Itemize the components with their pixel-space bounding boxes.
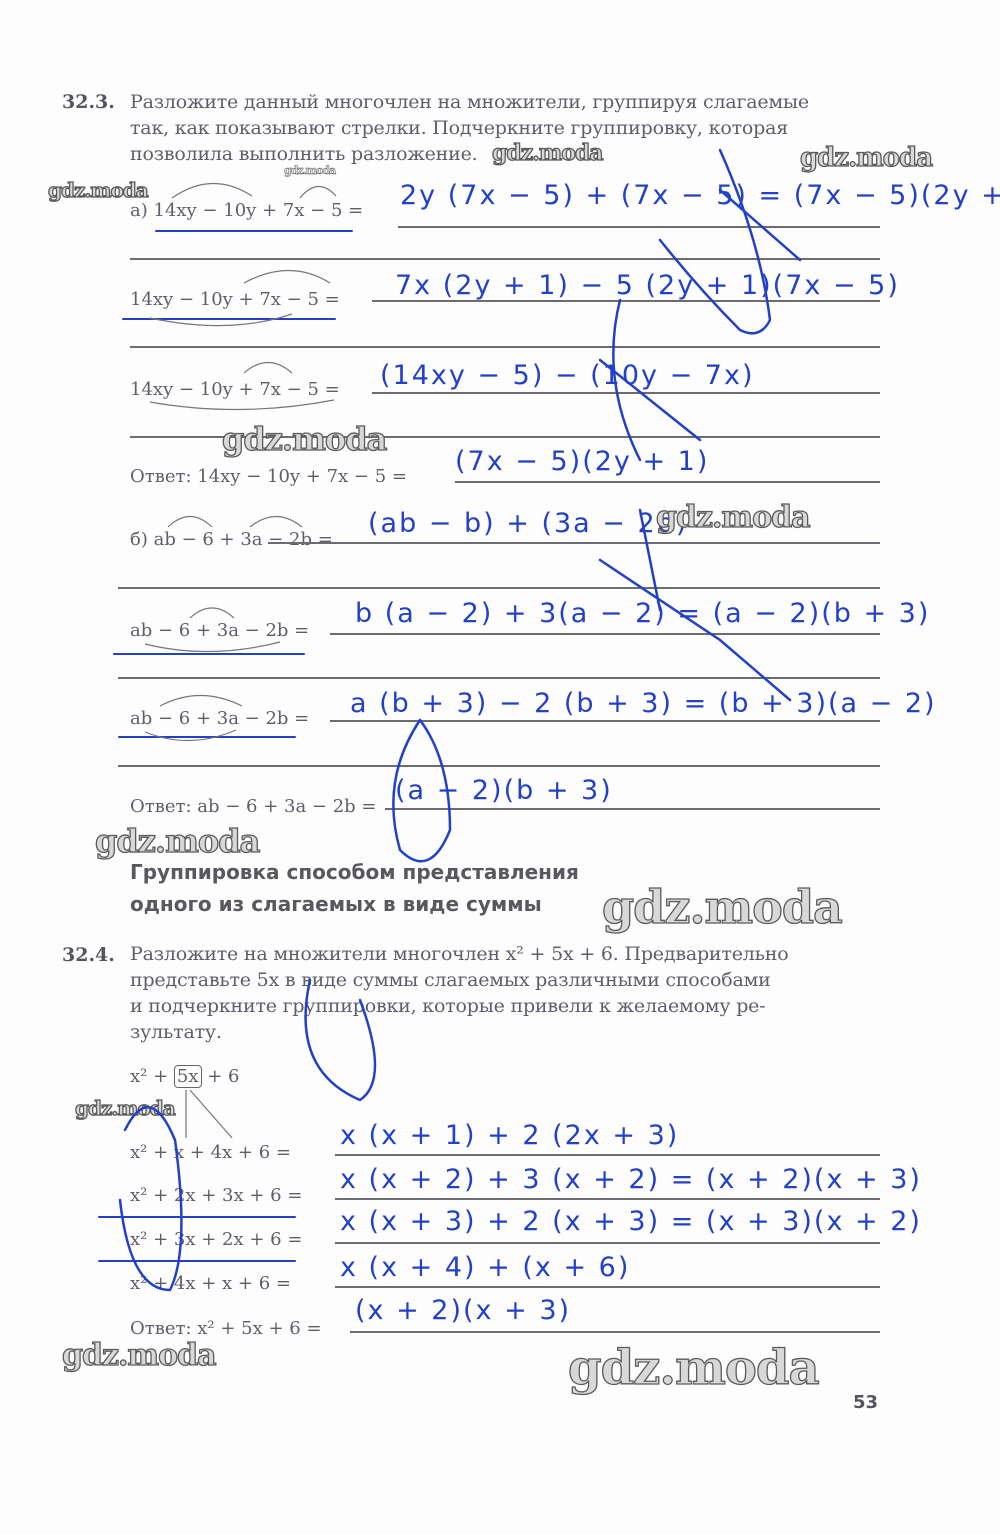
underline-mark (113, 653, 305, 655)
answer-label: Ответ: 14xy − 10y + 7x − 5 = (130, 466, 407, 487)
boxed-term: 5x (174, 1065, 202, 1088)
part-label: б) (130, 529, 148, 550)
task-number: 32.3. (62, 91, 115, 113)
watermark: gdz.moda (656, 500, 810, 535)
answer-line (350, 1331, 880, 1333)
section-heading-line: Группировка способом представления (130, 857, 579, 887)
math-expression: x² + 2x + 3x + 6 = (130, 1185, 302, 1206)
answer-line (118, 765, 880, 767)
math-expression: 14xy − 10y + 7x − 5 = (130, 379, 340, 400)
part-a-label-expr: а) 14xy − 10y + 7x − 5 = (130, 200, 363, 221)
watermark: gdz.moda (75, 1096, 175, 1120)
watermark: gdz.moda (284, 164, 335, 177)
handwritten-answer: b (a − 2) + 3(a − 2) = (a − 2)(b + 3) (355, 598, 930, 629)
handwritten-answer: 7x (2y + 1) − 5 (2y + 1)(7x − 5) (395, 270, 900, 301)
answer-label: Ответ: x² + 5x + 6 = (130, 1318, 322, 1339)
handwritten-answer: (14xy − 5) − (10y − 7x) (380, 360, 754, 391)
watermark: gdz.moda (48, 178, 148, 202)
math-expression: ab − 6 + 3a − 2b = (130, 620, 309, 641)
answer-line (335, 1198, 880, 1200)
underline-mark (98, 1216, 296, 1218)
watermark: gdz.moda (800, 143, 932, 173)
answer-line (335, 1154, 880, 1156)
math-expression: x² + x + 4x + 6 = (130, 1142, 291, 1163)
math-expression: ab − 6 + 3a − 2b = (154, 529, 333, 550)
answer-line (330, 633, 880, 635)
answer-line (330, 720, 880, 722)
task-text-line: представьте 5x в виде суммы слагаемых ра… (130, 968, 771, 993)
handwritten-answer: 2y (7x − 5) + (7x − 5) = (7x − 5)(2y + 1… (400, 180, 1000, 211)
expr-part: + 6 (202, 1066, 240, 1087)
math-expression: ab − 6 + 3a − 2b = (130, 708, 309, 729)
answer-line (335, 1242, 880, 1244)
handwritten-final-answer: (x + 2)(x + 3) (355, 1295, 571, 1326)
handwritten-final-answer: (7x − 5)(2y + 1) (455, 446, 709, 477)
page-number: 53 (853, 1392, 878, 1413)
handwritten-answer: x (x + 3) + 2 (x + 3) = (x + 3)(x + 2) (340, 1206, 922, 1237)
answer-line (335, 1286, 880, 1288)
task-text-line: так, как показывают стрелки. Подчеркните… (130, 116, 788, 141)
handwritten-answer: x (x + 4) + (x + 6) (340, 1252, 630, 1283)
answer-line (130, 346, 880, 348)
answer-line (118, 677, 880, 679)
part-label: а) (130, 200, 148, 221)
handwritten-answer: x (x + 1) + 2 (2x + 3) (340, 1120, 679, 1151)
task-text-line: и подчеркните группировки, которые приве… (130, 994, 765, 1019)
part-b-label-expr: б) ab − 6 + 3a − 2b = (130, 529, 333, 550)
watermark: gdz.moda (95, 822, 259, 860)
section-heading-line: одного из слагаемых в виде суммы (130, 889, 542, 919)
answer-line (118, 587, 880, 589)
answer-line (385, 808, 880, 810)
handwritten-answer: a (b + 3) − 2 (b + 3) = (b + 3)(a − 2) (350, 688, 937, 719)
answer-line (130, 258, 880, 260)
math-expression: x² + 3x + 2x + 6 = (130, 1229, 302, 1250)
watermark: gdz.moda (602, 880, 842, 934)
expr-part: x² + (130, 1066, 174, 1087)
underline-mark (118, 736, 296, 738)
task-text-line: Разложите на множители многочлен x² + 5x… (130, 942, 788, 967)
answer-line (372, 300, 880, 302)
task-text-line: Разложите данный многочлен на множители,… (130, 90, 809, 115)
watermark: gdz.moda (492, 140, 603, 166)
base-expression: x² + 5x + 6 (130, 1066, 240, 1087)
answer-line (268, 542, 880, 544)
underline-mark (155, 230, 353, 232)
answer-line (398, 226, 880, 228)
handwritten-answer: x (x + 2) + 3 (x + 2) = (x + 2)(x + 3) (340, 1164, 922, 1195)
math-expression: 14xy − 10y + 7x − 5 = (154, 200, 364, 221)
math-expression: 14xy − 10y + 7x − 5 = (130, 289, 340, 310)
underline-mark (122, 318, 336, 320)
task-text-line: зультату. (130, 1020, 222, 1045)
answer-label: Ответ: ab − 6 + 3a − 2b = (130, 796, 377, 817)
answer-line (372, 392, 880, 394)
math-expression: x² + 4x + x + 6 = (130, 1273, 291, 1294)
watermark: gdz.moda (62, 1338, 216, 1373)
task-number: 32.4. (62, 944, 115, 966)
watermark: gdz.moda (568, 1340, 819, 1396)
handwritten-final-answer: (a − 2)(b + 3) (395, 775, 613, 806)
underline-mark (98, 1260, 296, 1262)
watermark: gdz.moda (222, 420, 386, 458)
handwritten-answer: (ab − b) + (3a − 2b) (368, 508, 688, 539)
answer-line (455, 481, 880, 483)
